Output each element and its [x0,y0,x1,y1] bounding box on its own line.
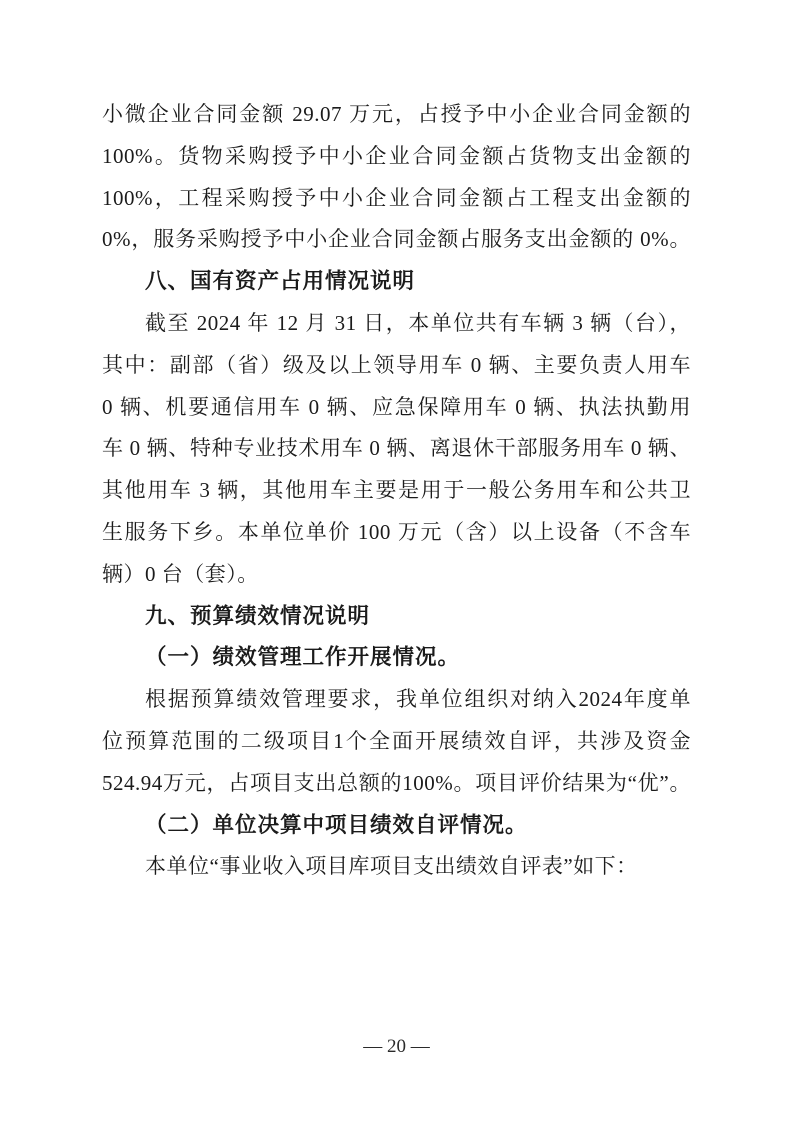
text-line: 车 0 辆、特种专业技术用车 0 辆、离退休干部服务用车 0 辆、 [102,428,691,470]
text-line: 其中：副部（省）级及以上领导用车 0 辆、主要负责人用车 [102,345,691,387]
document-page: 小微企业合同金额 29.07 万元，占授予中小企业合同金额的100%。货物采购授… [0,0,793,1122]
text-line: 根据预算绩效管理要求，我单位组织对纳入2024年度单 [102,679,691,721]
section-heading: 九、预算绩效情况说明 [102,596,691,638]
section-heading: （二）单位决算中项目绩效自评情况。 [102,805,691,847]
text-line: 生服务下乡。本单位单价 100 万元（含）以上设备（不含车 [102,512,691,554]
document-body: 小微企业合同金额 29.07 万元，占授予中小企业合同金额的100%。货物采购授… [102,94,691,888]
text-line: 100%，工程采购授予中小企业合同金额占工程支出金额的 [102,178,691,220]
text-line: 100%。货物采购授予中小企业合同金额占货物支出金额的 [102,136,691,178]
text-line: 截至 2024 年 12 月 31 日，本单位共有车辆 3 辆（台）， [102,303,691,345]
text-line: 其他用车 3 辆，其他用车主要是用于一般公务用车和公共卫 [102,470,691,512]
text-line: 辆）0 台（套）。 [102,554,691,596]
text-line: 524.94万元，占项目支出总额的100%。项目评价结果为“优”。 [102,763,691,805]
text-line: 本单位“事业收入项目库项目支出绩效自评表”如下： [102,846,691,888]
section-heading: （一）绩效管理工作开展情况。 [102,637,691,679]
text-line: 位预算范围的二级项目1个全面开展绩效自评，共涉及资金 [102,721,691,763]
text-line: 0%，服务采购授予中小企业合同金额占服务支出金额的 0%。 [102,219,691,261]
text-line: 0 辆、机要通信用车 0 辆、应急保障用车 0 辆、执法执勤用 [102,387,691,429]
text-line: 小微企业合同金额 29.07 万元，占授予中小企业合同金额的 [102,94,691,136]
page-number: — 20 — [0,1036,793,1058]
section-heading: 八、国有资产占用情况说明 [102,261,691,303]
